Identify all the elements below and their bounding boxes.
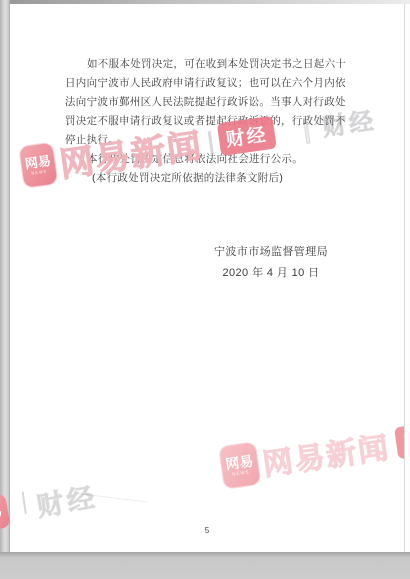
paragraph-line: 日内向宁波市人民政府申请行政复议；也可以在六个月内依 (65, 74, 353, 93)
page-right-edge (404, 4, 405, 552)
signature-block: 宁波市市场监督管理局 2020 年 4 月 10 日 (181, 242, 361, 283)
finance-channel-badge: 财经 (394, 420, 404, 459)
netease-watermark-bottom-right: 网易 NEWS 网易新闻 财经 (219, 414, 404, 490)
netease-logo-icon: 网易 NEWS (19, 143, 57, 188)
page-bottom-edge (0, 552, 410, 579)
netease-logo-text: 网易 (24, 154, 52, 170)
page-number: 5 (10, 526, 404, 535)
document-viewer: 如不服本处罚决定，可在收到本处罚决定书之日起六十 日内向宁波市人民政府申请行政复… (0, 0, 410, 579)
finance-channel-badge: 财经 (216, 116, 276, 156)
signature-agency: 宁波市市场监督管理局 (181, 242, 361, 263)
netease-logo-icon: 网易 NEWS (219, 442, 260, 489)
netease-logo-text: 网易 (225, 453, 255, 471)
netease-logo-subtext: NEWS (232, 470, 250, 477)
watermark-trail-text: | 财经 (301, 100, 379, 145)
document-page: 如不服本处罚决定，可在收到本处罚决定书之日起六十 日内向宁波市人民政府申请行政复… (10, 4, 404, 552)
watermark-pipe: | (205, 127, 216, 156)
paragraph-line: 如不服本处罚决定，可在收到本处罚决定书之日起六十 (65, 55, 353, 74)
signature-date: 2020 年 4 月 10 日 (181, 263, 361, 284)
page-top-edge (0, 0, 410, 4)
netease-logo-text: 网易 (0, 503, 3, 523)
netease-logo-subtext: NEWS (31, 170, 47, 176)
netease-brand-text: 网易新闻 (260, 423, 393, 484)
page-left-edge (0, 0, 10, 552)
